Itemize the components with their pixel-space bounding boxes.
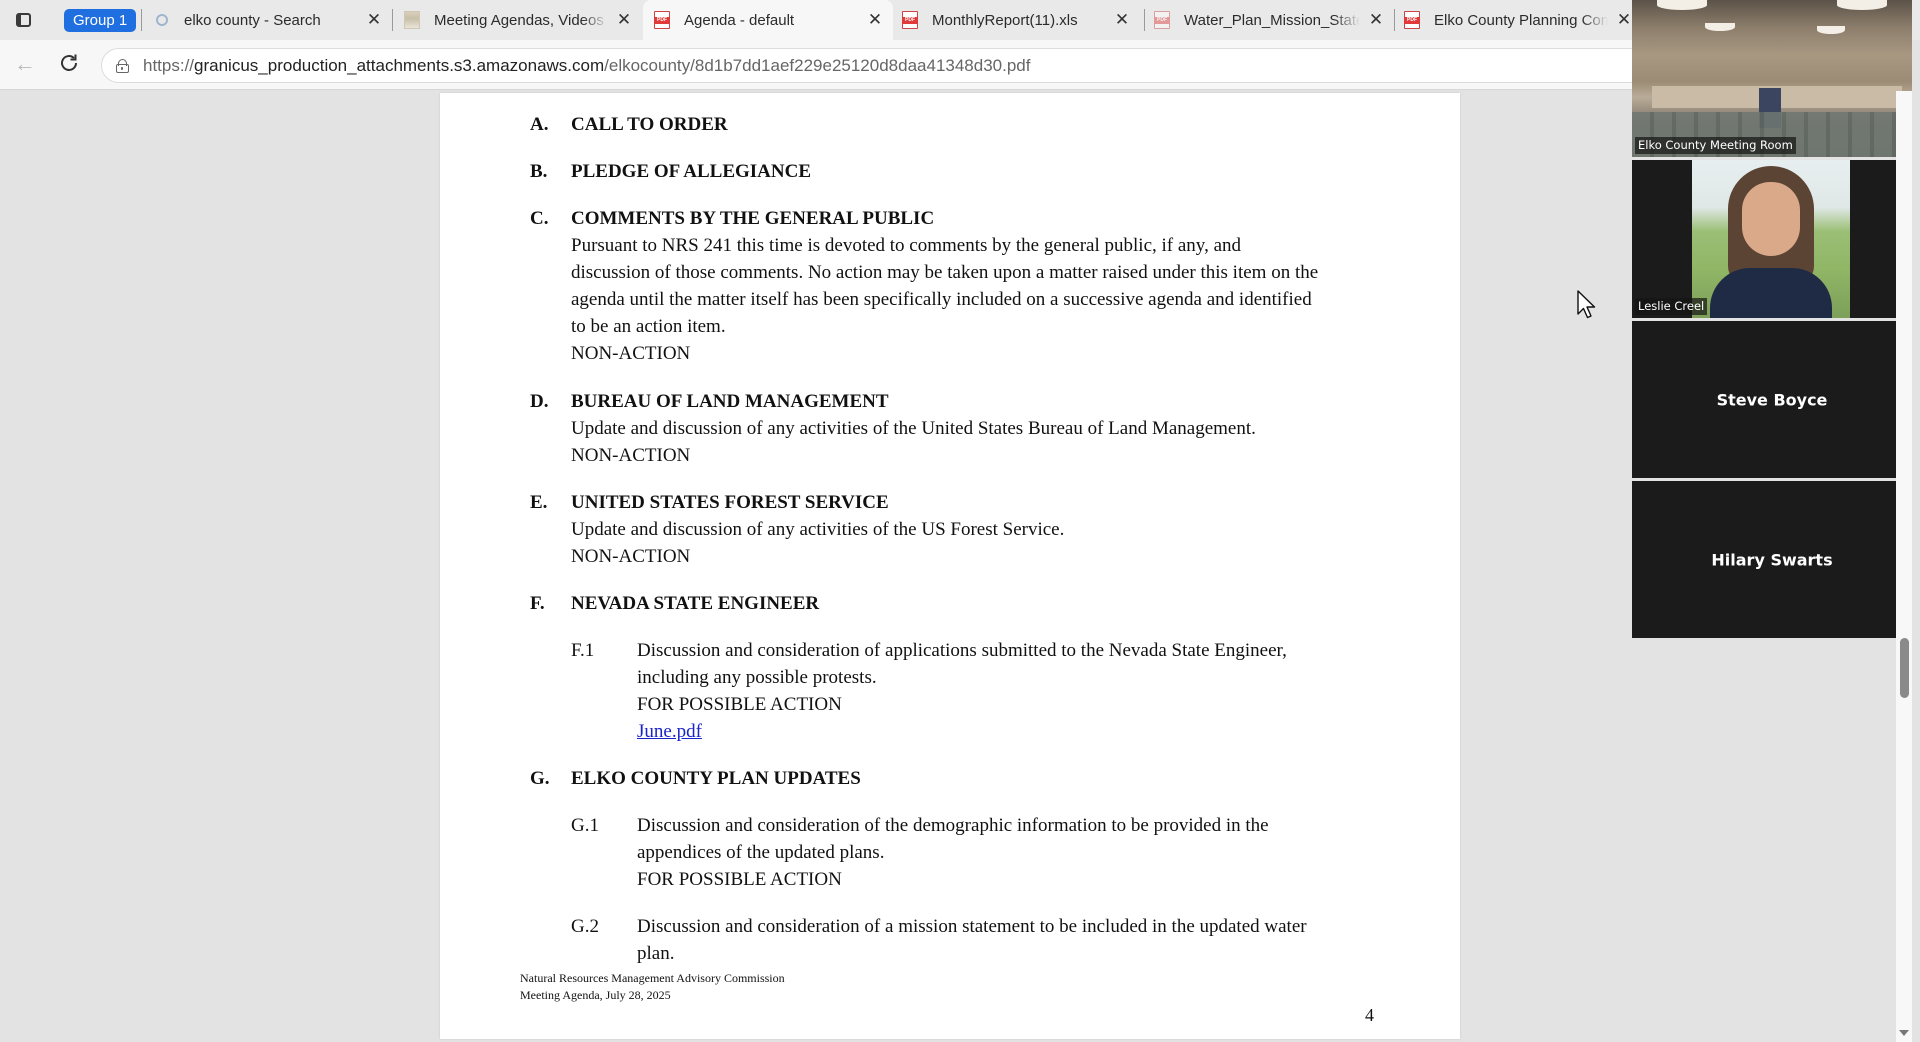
section-body-line: Update and discussion of any activities … bbox=[571, 519, 1064, 541]
search-icon bbox=[154, 11, 170, 29]
close-tab-icon[interactable]: ✕ bbox=[366, 10, 382, 30]
action-status: NON-ACTION bbox=[571, 343, 690, 365]
close-tab-icon[interactable]: ✕ bbox=[1616, 10, 1632, 30]
tab-separator bbox=[141, 9, 142, 31]
section-title: ELKO COUNTY PLAN UPDATES bbox=[571, 768, 861, 790]
url-host: granicus_production_attachments.s3.amazo… bbox=[194, 56, 604, 75]
section-title: COMMENTS BY THE GENERAL PUBLIC bbox=[571, 208, 934, 230]
section-body-line: discussion of those comments. No action … bbox=[571, 262, 1318, 284]
item-body-line: appendices of the updated plans. bbox=[637, 842, 884, 864]
reload-button[interactable] bbox=[57, 51, 81, 75]
item-label: F.1 bbox=[571, 640, 594, 662]
section-title: CALL TO ORDER bbox=[571, 114, 728, 136]
tab-elko-search[interactable]: elko county - Search ✕ bbox=[150, 0, 390, 40]
participant-tile-leslie-creel[interactable]: Leslie Creel bbox=[1632, 160, 1912, 318]
section-label: A. bbox=[530, 114, 548, 136]
section-body-line: Update and discussion of any activities … bbox=[571, 418, 1256, 440]
tab-meeting-agendas[interactable]: Meeting Agendas, Videos ✕ bbox=[400, 0, 640, 40]
back-button[interactable]: ← bbox=[14, 52, 36, 76]
pdf-icon bbox=[654, 11, 670, 29]
tab-title: Elko County Planning Commission bbox=[1434, 12, 1608, 29]
section-title: UNITED STATES FOREST SERVICE bbox=[571, 492, 889, 514]
tab-separator bbox=[392, 9, 393, 31]
address-bar[interactable]: https://granicus_production_attachments.… bbox=[101, 48, 1661, 83]
item-label: G.2 bbox=[571, 916, 599, 938]
url-text[interactable]: https://granicus_production_attachments.… bbox=[143, 49, 1031, 82]
footer-commission: Natural Resources Management Advisory Co… bbox=[520, 971, 785, 985]
tab-group-chip[interactable]: Group 1 bbox=[64, 9, 136, 32]
section-body-line: Pursuant to NRS 241 this time is devoted… bbox=[571, 235, 1241, 257]
site-thumbnail-icon bbox=[404, 11, 420, 29]
tab-planning-commission[interactable]: Elko County Planning Commission ✕ bbox=[1402, 0, 1634, 40]
section-body-line: to be an action item. bbox=[571, 316, 726, 338]
tab-title: Agenda - default bbox=[684, 12, 859, 29]
participant-name: Steve Boyce bbox=[1632, 390, 1912, 409]
participant-tile-meeting-room[interactable]: Elko County Meeting Room bbox=[1632, 0, 1912, 157]
participant-tile-hilary-swarts[interactable]: Hilary Swarts bbox=[1632, 481, 1912, 638]
sidebar-layout-icon bbox=[16, 13, 31, 27]
participant-video bbox=[1692, 160, 1850, 318]
scrollbar-thumb[interactable] bbox=[1900, 638, 1909, 698]
june-pdf-link[interactable]: June.pdf bbox=[637, 721, 702, 743]
url-path: /elkocounty/8d1b7dd1aef229e25120d8daa413… bbox=[604, 56, 1030, 75]
tab-water-plan[interactable]: Water_Plan_Mission_Statement ✕ bbox=[1152, 0, 1392, 40]
tab-agenda-default[interactable]: Agenda - default ✕ bbox=[643, 0, 893, 40]
pdf-viewer[interactable]: A. CALL TO ORDER B. PLEDGE OF ALLEGIANCE… bbox=[0, 91, 1896, 1042]
pdf-icon bbox=[1154, 11, 1170, 29]
tab-title: MonthlyReport(11).xls bbox=[932, 12, 1106, 29]
item-body-line: Discussion and consideration of applicat… bbox=[637, 640, 1287, 662]
participant-name: Hilary Swarts bbox=[1632, 550, 1912, 569]
pdf-page: A. CALL TO ORDER B. PLEDGE OF ALLEGIANCE… bbox=[440, 93, 1460, 1039]
screen: Group 1 elko county - Search ✕ Meeting A… bbox=[0, 0, 1920, 1042]
action-status: FOR POSSIBLE ACTION bbox=[637, 869, 842, 891]
item-label: G.1 bbox=[571, 815, 599, 837]
vertical-scrollbar[interactable] bbox=[1896, 91, 1912, 1042]
section-label: D. bbox=[530, 391, 548, 413]
participant-name: Leslie Creel bbox=[1635, 298, 1707, 315]
footer-meeting-date: Meeting Agenda, July 28, 2025 bbox=[520, 988, 671, 1002]
section-title: NEVADA STATE ENGINEER bbox=[571, 593, 819, 615]
section-label: G. bbox=[530, 768, 550, 790]
video-call-panel: Elko County Meeting Room Leslie Creel St… bbox=[1632, 0, 1912, 640]
section-label: B. bbox=[530, 161, 547, 183]
room-lamp bbox=[1705, 23, 1735, 31]
close-tab-icon[interactable]: ✕ bbox=[616, 10, 632, 30]
tab-actions-button[interactable] bbox=[14, 10, 34, 30]
pdf-icon bbox=[1404, 11, 1420, 29]
item-body-line: including any possible protests. bbox=[637, 667, 877, 689]
mouse-cursor-icon bbox=[1576, 290, 1598, 320]
room-lamp bbox=[1837, 0, 1887, 10]
site-info-lock-icon[interactable] bbox=[116, 59, 129, 73]
close-tab-icon[interactable]: ✕ bbox=[867, 10, 883, 30]
item-body-line: plan. bbox=[637, 943, 674, 965]
tab-separator bbox=[1144, 9, 1145, 31]
section-label: C. bbox=[530, 208, 548, 230]
item-body-line: Discussion and consideration of a missio… bbox=[637, 916, 1307, 938]
section-title: BUREAU OF LAND MANAGEMENT bbox=[571, 391, 889, 413]
reload-icon bbox=[57, 51, 81, 75]
browser-toolbar: ← https://granicus_production_attachment… bbox=[0, 40, 1632, 90]
action-status: NON-ACTION bbox=[571, 546, 690, 568]
section-title: PLEDGE OF ALLEGIANCE bbox=[571, 161, 811, 183]
close-tab-icon[interactable]: ✕ bbox=[1114, 10, 1130, 30]
arrow-left-icon: ← bbox=[14, 51, 36, 76]
tab-title: Water_Plan_Mission_Statement bbox=[1184, 12, 1360, 29]
tab-title: Meeting Agendas, Videos bbox=[434, 12, 608, 29]
tab-monthly-report[interactable]: MonthlyReport(11).xls ✕ bbox=[898, 0, 1138, 40]
action-status: FOR POSSIBLE ACTION bbox=[637, 694, 842, 716]
pdf-icon bbox=[902, 11, 918, 29]
page-number: 4 bbox=[1365, 1005, 1374, 1026]
room-lamp bbox=[1657, 0, 1707, 10]
section-label: F. bbox=[530, 593, 545, 615]
url-scheme: https:// bbox=[143, 56, 194, 75]
room-lamp bbox=[1817, 26, 1845, 34]
tab-separator bbox=[1394, 9, 1395, 31]
participant-tile-steve-boyce[interactable]: Steve Boyce bbox=[1632, 321, 1912, 478]
item-body-line: Discussion and consideration of the demo… bbox=[637, 815, 1269, 837]
scroll-down-arrow-icon[interactable] bbox=[1899, 1030, 1909, 1036]
close-tab-icon[interactable]: ✕ bbox=[1368, 10, 1384, 30]
participant-name: Elko County Meeting Room bbox=[1635, 137, 1796, 154]
section-label: E. bbox=[530, 492, 547, 514]
section-body-line: agenda until the matter itself has been … bbox=[571, 289, 1312, 311]
tab-title: elko county - Search bbox=[184, 12, 358, 29]
action-status: NON-ACTION bbox=[571, 445, 690, 467]
